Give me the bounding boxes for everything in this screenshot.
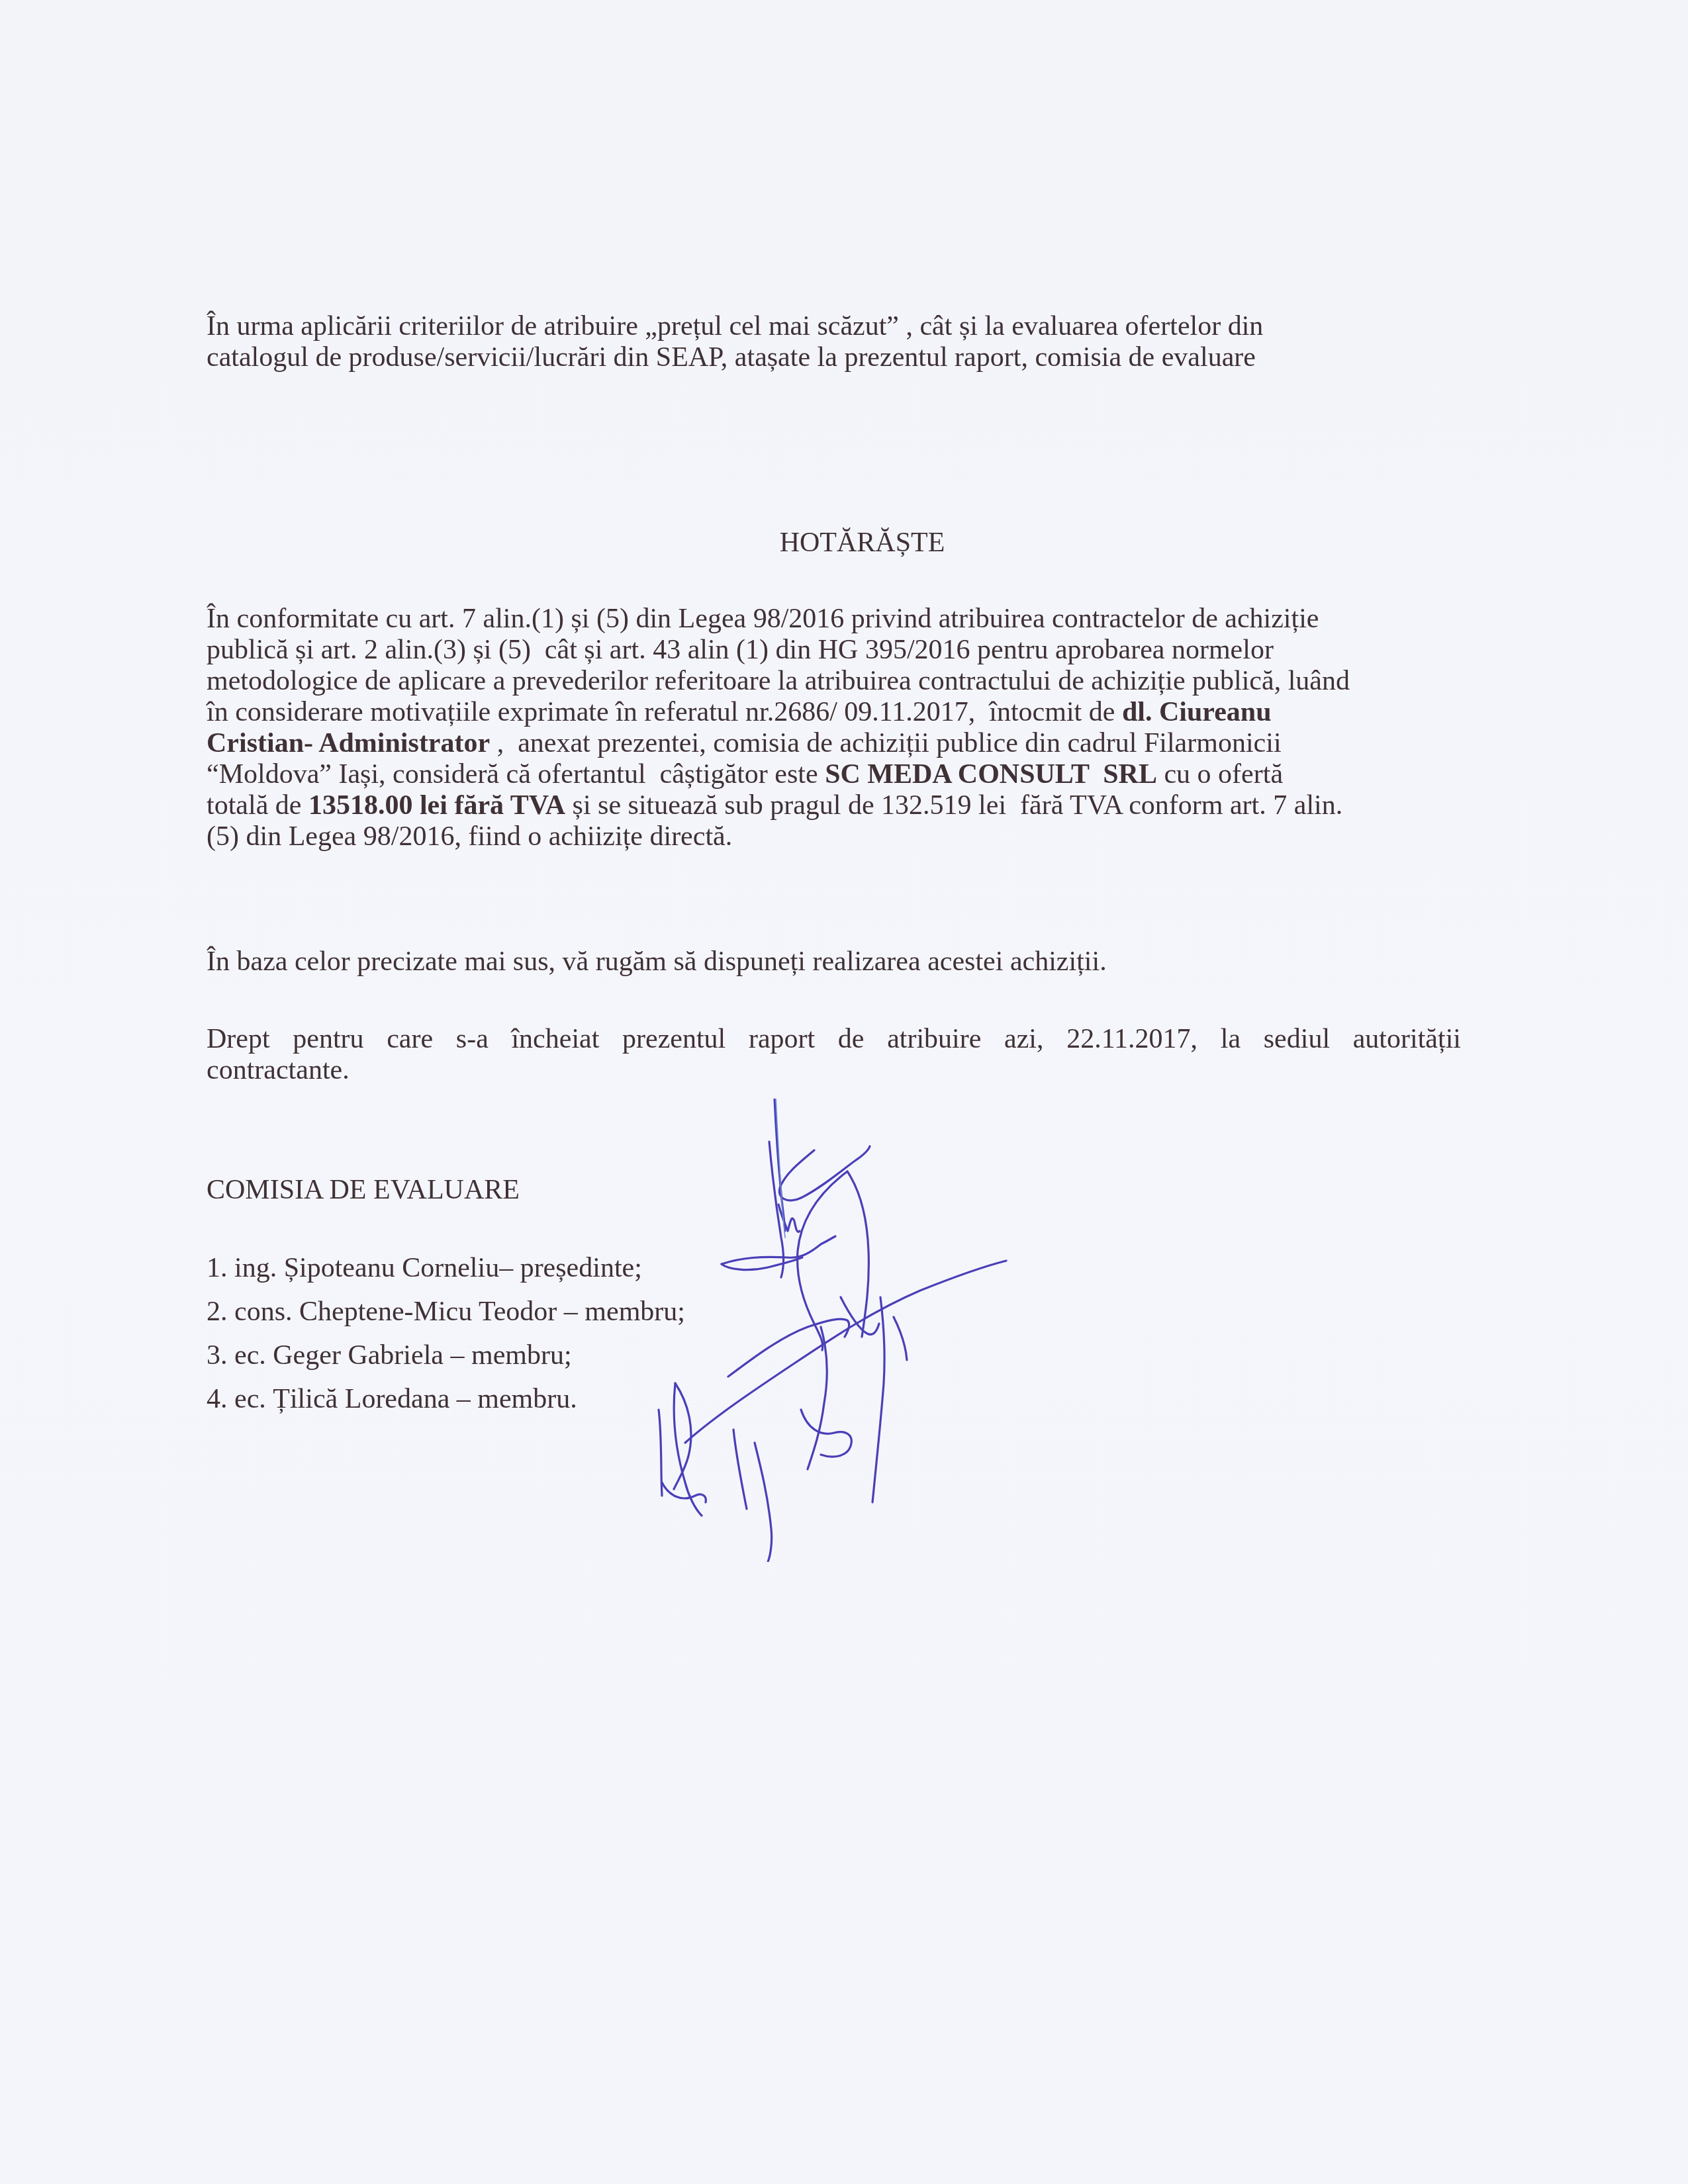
closing-paragraph: Drept pentru care s-a încheiat prezentul… bbox=[207, 1024, 1461, 1086]
commission-member: 1. ing. Șipoteanu Corneliu– președinte; bbox=[207, 1253, 685, 1297]
decision-heading-text: HOTĂRĂȘTE bbox=[780, 527, 945, 558]
decision-line-3: metodologice de aplicare a prevederilor … bbox=[207, 666, 1350, 696]
intro-line-1: În urma aplicării criteriilor de atribui… bbox=[207, 311, 1263, 341]
commission-member-list: 1. ing. Șipoteanu Corneliu– președinte; … bbox=[207, 1253, 685, 1428]
commission-member: 2. cons. Cheptene-Micu Teodor – membru; bbox=[207, 1297, 685, 1340]
decision-line-6: “Moldova” Iași, consideră că ofertantul … bbox=[207, 759, 825, 790]
decision-line-7b: și se situează sub pragul de 132.519 lei… bbox=[565, 790, 1342, 821]
decision-line-1: În conformitate cu art. 7 alin.(1) și (5… bbox=[207, 604, 1319, 634]
author-name: dl. Ciureanu bbox=[1122, 697, 1272, 727]
intro-paragraph: În urma aplicării criteriilor de atribui… bbox=[207, 311, 1461, 373]
intro-line-2: catalogul de produse/servicii/lucrări di… bbox=[207, 342, 1256, 373]
decision-line-2: publică și art. 2 alin.(3) și (5) cât și… bbox=[207, 635, 1274, 665]
decision-line-4: în considerare motivațiile exprimate în … bbox=[207, 697, 1122, 727]
commission-title: COMISIA DE EVALUARE bbox=[207, 1175, 520, 1206]
offer-amount: 13518.00 lei fără TVA bbox=[308, 790, 565, 821]
decision-line-6b: cu o ofertă bbox=[1157, 759, 1283, 790]
closing-line-2: contractante. bbox=[207, 1055, 1461, 1086]
commission-member: 3. ec. Geger Gabriela – membru; bbox=[207, 1340, 685, 1384]
author-role: Cristian- Administrator bbox=[207, 728, 490, 758]
request-paragraph: În baza celor precizate mai sus, vă rugă… bbox=[207, 946, 1461, 978]
decision-heading: HOTĂRĂȘTE bbox=[0, 527, 1688, 559]
decision-line-8: (5) din Legea 98/2016, fiind o achiizițe… bbox=[207, 821, 732, 852]
decision-line-7: totală de bbox=[207, 790, 308, 821]
decision-paragraph: În conformitate cu art. 7 alin.(1) și (5… bbox=[207, 604, 1461, 852]
winning-bidder: SC MEDA CONSULT SRL bbox=[825, 759, 1157, 790]
decision-line-5: , anexat prezentei, comisia de achiziții… bbox=[490, 728, 1281, 758]
closing-line-1: Drept pentru care s-a încheiat prezentul… bbox=[207, 1024, 1461, 1055]
document-page: În urma aplicării criteriilor de atribui… bbox=[0, 0, 1688, 2184]
commission-member: 4. ec. Țilică Loredana – membru. bbox=[207, 1384, 685, 1428]
